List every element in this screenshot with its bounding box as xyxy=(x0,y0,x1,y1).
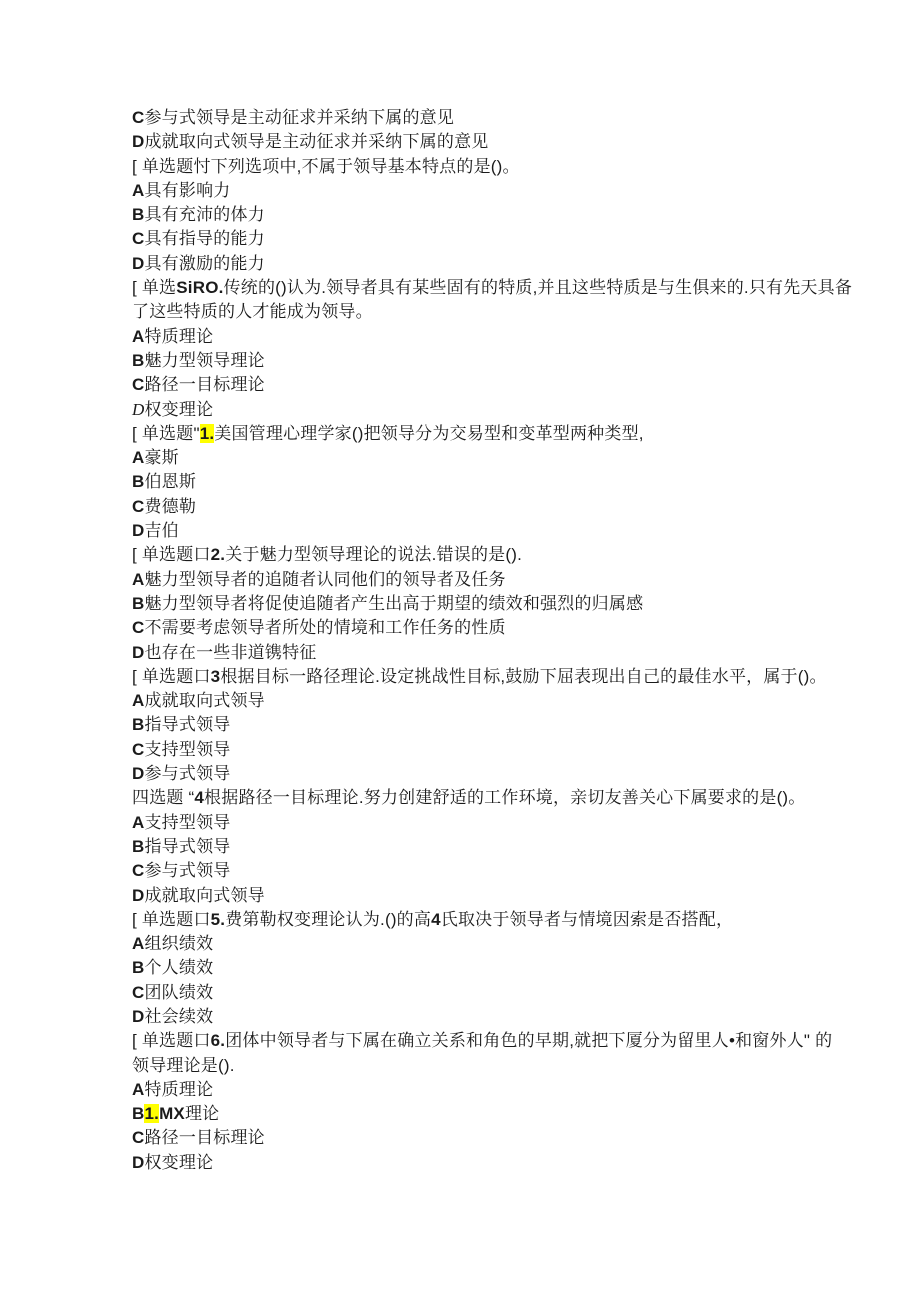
text-segment: SiRO. xyxy=(176,278,223,297)
text-segment: 特质理论 xyxy=(144,327,213,346)
text-segment: 具有影响力 xyxy=(144,181,230,200)
text-segment: B xyxy=(132,472,144,491)
text-segment: 吉伯 xyxy=(144,521,178,540)
text-line: [ 单选题口6.团体中领导者与下属在确立关系和角色的早期,就把下厦分为留里人•和… xyxy=(132,1029,832,1053)
text-segment: 了这些特质的人才能成为领导。 xyxy=(132,302,373,321)
text-segment: D xyxy=(132,1007,144,1026)
text-segment: 魅力型领导理论 xyxy=(144,351,264,370)
text-line: D权变理论 xyxy=(132,1151,832,1175)
text-segment: A xyxy=(132,181,144,200)
text-segment: C xyxy=(132,1128,144,1147)
text-segment: 团体中领导者与下属在确立关系和角色的早期,就把下厦分为留里人•和窗外人" 的 xyxy=(225,1031,832,1050)
text-segment: 具有充沛的体力 xyxy=(144,205,264,224)
text-segment: 指导式领导 xyxy=(144,837,230,856)
text-segment: A xyxy=(132,691,144,710)
text-segment: B xyxy=(132,351,144,370)
text-segment: 4 xyxy=(431,910,441,929)
text-line: C路径一目标理论 xyxy=(132,373,832,397)
text-segment: C xyxy=(132,983,144,1002)
text-segment: 豪斯 xyxy=(144,448,178,467)
text-segment: 成就取向式领导 xyxy=(144,886,264,905)
text-segment: B xyxy=(132,205,144,224)
text-line: A成就取向式领导 xyxy=(132,689,832,713)
text-segment: D xyxy=(132,643,144,662)
text-segment: C xyxy=(132,861,144,880)
text-segment: C xyxy=(132,497,144,516)
document-page: C参与式领导是主动征求并采纳下属的意见D成就取向式领导是主动征求并采纳下属的意见… xyxy=(0,0,920,1301)
text-line: B个人绩效 xyxy=(132,956,832,980)
text-line: 四选题 “4根据路径一目标理论.努力创建舒适的工作环境，亲切友善关心下属要求的是… xyxy=(132,786,832,810)
text-line: B指导式领导 xyxy=(132,835,832,859)
text-segment: 具有指导的能力 xyxy=(144,229,264,248)
text-segment: D xyxy=(132,764,144,783)
text-line: A具有影响力 xyxy=(132,179,832,203)
text-segment: 4 xyxy=(194,788,204,807)
highlighted-text: 1. xyxy=(144,1104,159,1123)
text-line: C支持型领导 xyxy=(132,738,832,762)
text-segment: [ 单选题口 xyxy=(132,1031,211,1050)
text-segment: [ 单选题口 xyxy=(132,910,211,929)
text-segment: 费德勒 xyxy=(144,497,196,516)
text-line: B魅力型领导者将促使追随者产生出高于期望的绩效和强烈的归属感 xyxy=(132,592,832,616)
text-segment: C xyxy=(132,740,144,759)
text-segment: [ 单选题忖下列选项中,不属于领导基本特点的是()。 xyxy=(132,157,520,176)
text-segment: 权变理论 xyxy=(144,1153,213,1172)
text-line: C具有指导的能力 xyxy=(132,227,832,251)
text-segment: 路径一目标理论 xyxy=(144,1128,264,1147)
text-line: C参与式领导 xyxy=(132,859,832,883)
text-line: 了这些特质的人才能成为领导。 xyxy=(132,300,832,324)
text-segment: [ 单选题" xyxy=(132,424,200,443)
text-line: [ 单选题口3根据目标一路径理论.设定挑战性目标,鼓励下屈表现出自己的最佳水平，… xyxy=(132,665,832,689)
text-segment: B xyxy=(132,958,144,977)
text-line: D成就取向式领导 xyxy=(132,884,832,908)
text-segment: 根据目标一路径理论.设定挑战性目标,鼓励下屈表现出自己的最佳水平，属于()。 xyxy=(220,667,826,686)
text-line: B伯恩斯 xyxy=(132,470,832,494)
text-line: 领导理论是(). xyxy=(132,1054,832,1078)
text-segment: C xyxy=(132,618,144,637)
text-segment: 费第勒权变理论认为.()的高 xyxy=(225,910,431,929)
text-segment: B xyxy=(132,1104,144,1123)
text-line: C路径一目标理论 xyxy=(132,1126,832,1150)
text-line: A特质理论 xyxy=(132,325,832,349)
text-line: D参与式领导 xyxy=(132,762,832,786)
document-body: C参与式领导是主动征求并采纳下属的意见D成就取向式领导是主动征求并采纳下属的意见… xyxy=(132,106,832,1175)
text-segment: 魅力型领导者的追随者认同他们的领导者及任务 xyxy=(144,570,505,589)
text-segment: D xyxy=(132,254,144,273)
text-segment: 指导式领导 xyxy=(144,715,230,734)
text-segment: 具有激励的能力 xyxy=(144,254,264,273)
text-segment: 路径一目标理论 xyxy=(144,375,264,394)
text-segment: 魅力型领导者将促使追随者产生出高于期望的绩效和强烈的归属感 xyxy=(144,594,643,613)
text-segment: 团队绩效 xyxy=(144,983,213,1002)
text-line: D具有激励的能力 xyxy=(132,252,832,276)
text-segment: D xyxy=(132,132,144,151)
text-line: [ 单选题"1.美国管理心理学家()把领导分为交易型和变革型两种类型, xyxy=(132,422,832,446)
text-segment: 个人绩效 xyxy=(144,958,213,977)
text-segment: D xyxy=(132,400,144,419)
text-segment: D xyxy=(132,886,144,905)
text-segment: [ 单选 xyxy=(132,278,176,297)
text-segment: D xyxy=(132,521,144,540)
text-line: [ 单选题忖下列选项中,不属于领导基本特点的是()。 xyxy=(132,155,832,179)
text-segment: 6. xyxy=(211,1031,226,1050)
text-line: B1.MX理论 xyxy=(132,1102,832,1126)
text-segment: 美国管理心理学家()把领导分为交易型和变革型两种类型, xyxy=(214,424,643,443)
text-line: D成就取向式领导是主动征求并采纳下属的意见 xyxy=(132,130,832,154)
text-segment: 氏取决于领导者与情境因索是否搭配， xyxy=(441,910,733,929)
text-segment: A xyxy=(132,448,144,467)
text-segment: C xyxy=(132,229,144,248)
text-segment: 参与式领导 xyxy=(144,764,230,783)
text-segment: 5. xyxy=(211,910,226,929)
text-segment: 组织绩效 xyxy=(144,934,213,953)
highlighted-text: 1. xyxy=(200,424,215,443)
text-line: A支持型领导 xyxy=(132,811,832,835)
text-segment: 社会续效 xyxy=(144,1007,213,1026)
text-segment: 领导理论是(). xyxy=(132,1056,235,1075)
text-line: D也存在一些非道镌特征 xyxy=(132,641,832,665)
text-segment: 关于魅力型领导理论的说法.错误的是(). xyxy=(225,545,522,564)
text-line: A组织绩效 xyxy=(132,932,832,956)
text-line: C团队绩效 xyxy=(132,981,832,1005)
text-segment: 参与式领导是主动征求并采纳下属的意见 xyxy=(144,108,454,127)
text-segment: D xyxy=(132,1153,144,1172)
text-segment: 也存在一些非道镌特征 xyxy=(144,643,316,662)
text-line: C不需要考虑领导者所处的情境和工作任务的性质 xyxy=(132,616,832,640)
text-segment: B xyxy=(132,594,144,613)
text-line: A豪斯 xyxy=(132,446,832,470)
text-line: [ 单选题口2.关于魅力型领导理论的说法.错误的是(). xyxy=(132,543,832,567)
text-segment: 成就取向式领导是主动征求并采纳下属的意见 xyxy=(144,132,488,151)
text-segment: 特质理论 xyxy=(144,1080,213,1099)
text-line: [ 单选SiRO.传统的()认为.领导者具有某些固有的特质,并且这些特质是与生俱… xyxy=(132,276,832,300)
text-segment: 3 xyxy=(211,667,221,686)
text-line: D吉伯 xyxy=(132,519,832,543)
text-segment: 支持型领导 xyxy=(144,740,230,759)
text-segment: C xyxy=(132,108,144,127)
text-segment: A xyxy=(132,570,144,589)
text-line: B具有充沛的体力 xyxy=(132,203,832,227)
text-segment: 传统的()认为.领导者具有某些固有的特质,并且这些特质是与生俱来的.只有先天具备 xyxy=(224,278,853,297)
text-segment: MX xyxy=(159,1104,185,1123)
text-line: D社会续效 xyxy=(132,1005,832,1029)
text-line: C参与式领导是主动征求并采纳下属的意见 xyxy=(132,106,832,130)
text-segment: 根据路径一目标理论.努力创建舒适的工作环境，亲切友善关心下属要求的是()。 xyxy=(204,788,805,807)
text-segment: C xyxy=(132,375,144,394)
text-segment: 支持型领导 xyxy=(144,813,230,832)
text-segment: 权变理论 xyxy=(144,400,213,419)
text-segment: 2. xyxy=(211,545,226,564)
text-segment: 四选题 “ xyxy=(132,788,194,807)
text-segment: 理论 xyxy=(185,1104,219,1123)
text-segment: A xyxy=(132,934,144,953)
text-segment: 参与式领导 xyxy=(144,861,230,880)
text-line: A魅力型领导者的追随者认同他们的领导者及任务 xyxy=(132,568,832,592)
text-segment: A xyxy=(132,813,144,832)
text-line: A特质理论 xyxy=(132,1078,832,1102)
text-line: [ 单选题口5.费第勒权变理论认为.()的高4氏取决于领导者与情境因索是否搭配， xyxy=(132,908,832,932)
text-segment: 不需要考虑领导者所处的情境和工作任务的性质 xyxy=(144,618,505,637)
text-line: B魅力型领导理论 xyxy=(132,349,832,373)
text-segment: B xyxy=(132,715,144,734)
text-line: D权变理论 xyxy=(132,398,832,422)
text-line: B指导式领导 xyxy=(132,713,832,737)
text-segment: [ 单选题口 xyxy=(132,667,211,686)
text-segment: B xyxy=(132,837,144,856)
text-segment: 成就取向式领导 xyxy=(144,691,264,710)
text-segment: A xyxy=(132,327,144,346)
text-segment: A xyxy=(132,1080,144,1099)
text-segment: [ 单选题口 xyxy=(132,545,211,564)
text-segment: 伯恩斯 xyxy=(144,472,196,491)
text-line: C费德勒 xyxy=(132,495,832,519)
